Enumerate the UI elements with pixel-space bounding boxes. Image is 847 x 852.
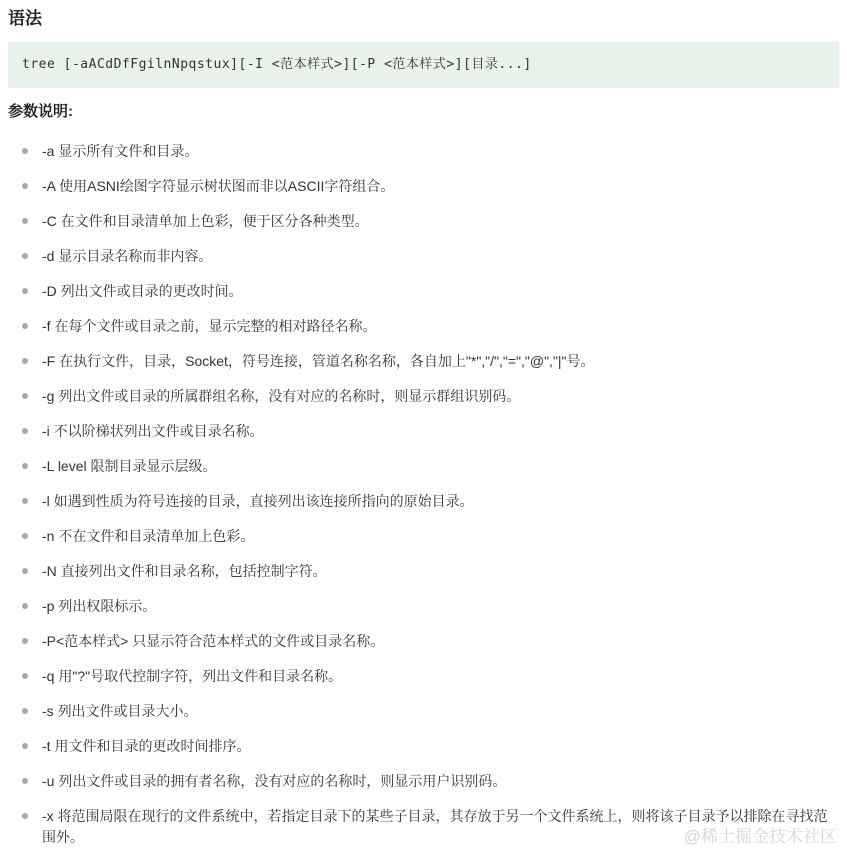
option-flag: -C (42, 213, 57, 229)
bullet-icon (22, 428, 28, 434)
list-item: -l 如遇到性质为符号连接的目录，直接列出该连接所指向的原始目录。 (42, 491, 839, 512)
option-desc: 用文件和目录的更改时间排序。 (54, 738, 250, 754)
bullet-icon (22, 463, 28, 469)
option-flag: -x (42, 808, 54, 824)
option-desc: 只显示符合范本样式的文件或目录名称。 (132, 633, 384, 649)
list-item: -t 用文件和目录的更改时间排序。 (42, 736, 839, 757)
list-item: -d 显示目录名称而非内容。 (42, 246, 839, 267)
option-flag: -A (42, 178, 55, 194)
bullet-icon (22, 708, 28, 714)
option-desc: 不在文件和目录清单加上色彩。 (58, 528, 254, 544)
options-list: -a 显示所有文件和目录。 -A 使用ASNI绘图字符显示树状图而非以ASCII… (0, 141, 847, 848)
params-heading: 参数说明: (8, 103, 847, 121)
option-desc: 用"?"号取代控制字符，列出文件和目录名称。 (58, 668, 342, 684)
option-flag: -N (42, 563, 57, 579)
option-desc: 限制目录显示层级。 (91, 458, 217, 474)
list-item: -D 列出文件或目录的更改时间。 (42, 281, 839, 302)
list-item: -P<范本样式> 只显示符合范本样式的文件或目录名称。 (42, 631, 839, 652)
bullet-icon (22, 743, 28, 749)
bullet-icon (22, 148, 28, 154)
option-desc: 列出文件或目录大小。 (58, 703, 198, 719)
list-item: -F 在执行文件，目录，Socket，符号连接，管道名称名称，各自加上"*","… (42, 351, 839, 372)
bullet-icon (22, 568, 28, 574)
list-item: -f 在每个文件或目录之前，显示完整的相对路径名称。 (42, 316, 839, 337)
list-item: -C 在文件和目录清单加上色彩，便于区分各种类型。 (42, 211, 839, 232)
option-flag: -q (42, 668, 54, 684)
option-flag: -t (42, 738, 51, 754)
option-desc: 列出文件或目录的更改时间。 (61, 283, 243, 299)
bullet-icon (22, 323, 28, 329)
option-flag: -P<范本样式> (42, 633, 128, 649)
bullet-icon (22, 358, 28, 364)
list-item: -s 列出文件或目录大小。 (42, 701, 839, 722)
bullet-icon (22, 288, 28, 294)
list-item: -L level 限制目录显示层级。 (42, 456, 839, 477)
bullet-icon (22, 638, 28, 644)
option-flag: -p (42, 598, 54, 614)
list-item: -g 列出文件或目录的所属群组名称，没有对应的名称时，则显示群组识别码。 (42, 386, 839, 407)
bullet-icon (22, 813, 28, 819)
option-desc: 在执行文件，目录，Socket，符号连接，管道名称名称，各自加上"*","/",… (59, 353, 594, 369)
bullet-icon (22, 218, 28, 224)
syntax-heading: 语法 (0, 0, 847, 29)
doc-page: 语法 tree [-aACdDfFgilnNpqstux][-I <范本样式>]… (0, 0, 847, 852)
option-flag: -f (42, 318, 51, 334)
option-desc: 使用ASNI绘图字符显示树状图而非以ASCII字符组合。 (59, 178, 394, 194)
option-flag: -i (42, 423, 50, 439)
option-flag: -l (42, 493, 50, 509)
option-desc: 如遇到性质为符号连接的目录，直接列出该连接所指向的原始目录。 (54, 493, 474, 509)
bullet-icon (22, 253, 28, 259)
code-text: tree [-aACdDfFgilnNpqstux][-I <范本样式>][-P… (22, 57, 532, 72)
bullet-icon (22, 498, 28, 504)
list-item: -N 直接列出文件和目录名称，包括控制字符。 (42, 561, 839, 582)
option-flag: -n (42, 528, 54, 544)
list-item: -a 显示所有文件和目录。 (42, 141, 839, 162)
code-block: tree [-aACdDfFgilnNpqstux][-I <范本样式>][-P… (8, 42, 839, 88)
option-flag: -d (42, 248, 54, 264)
option-flag: -s (42, 703, 54, 719)
option-desc: 列出文件或目录的拥有者名称，没有对应的名称时，则显示用户识别码。 (58, 773, 506, 789)
option-desc: 显示目录名称而非内容。 (58, 248, 212, 264)
bullet-icon (22, 673, 28, 679)
bullet-icon (22, 183, 28, 189)
option-flag: -D (42, 283, 57, 299)
list-item: -i 不以阶梯状列出文件或目录名称。 (42, 421, 839, 442)
bullet-icon (22, 393, 28, 399)
bullet-icon (22, 603, 28, 609)
option-flag: -u (42, 773, 54, 789)
option-flag: -L level (42, 458, 87, 474)
list-item: -u 列出文件或目录的拥有者名称，没有对应的名称时，则显示用户识别码。 (42, 771, 839, 792)
option-desc: 在每个文件或目录之前，显示完整的相对路径名称。 (54, 318, 376, 334)
option-desc: 显示所有文件和目录。 (58, 143, 198, 159)
option-flag: -F (42, 353, 55, 369)
option-flag: -a (42, 143, 54, 159)
option-desc: 将范围局限在现行的文件系统中，若指定目录下的某些子目录，其存放于另一个文件系统上… (42, 808, 828, 845)
option-flag: -g (42, 388, 54, 404)
option-desc: 不以阶梯状列出文件或目录名称。 (54, 423, 264, 439)
option-desc: 在文件和目录清单加上色彩，便于区分各种类型。 (61, 213, 369, 229)
list-item: -A 使用ASNI绘图字符显示树状图而非以ASCII字符组合。 (42, 176, 839, 197)
bullet-icon (22, 533, 28, 539)
bullet-icon (22, 778, 28, 784)
option-desc: 列出权限标示。 (58, 598, 156, 614)
list-item: -q 用"?"号取代控制字符，列出文件和目录名称。 (42, 666, 839, 687)
list-item: -n 不在文件和目录清单加上色彩。 (42, 526, 839, 547)
option-desc: 直接列出文件和目录名称，包括控制字符。 (61, 563, 327, 579)
list-item: -x 将范围局限在现行的文件系统中，若指定目录下的某些子目录，其存放于另一个文件… (42, 806, 839, 848)
option-desc: 列出文件或目录的所属群组名称，没有对应的名称时，则显示群组识别码。 (58, 388, 520, 404)
list-item: -p 列出权限标示。 (42, 596, 839, 617)
